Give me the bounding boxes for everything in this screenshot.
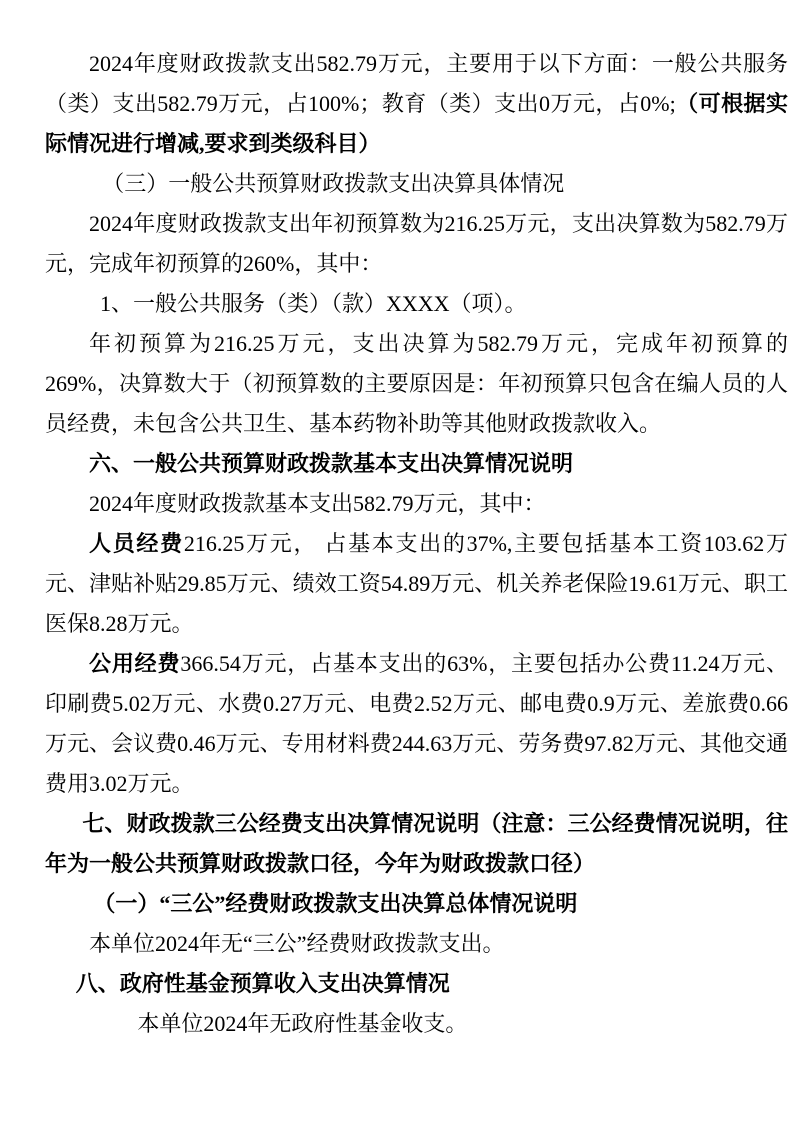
heading-section-seven-sub-one: （一）“三公”经费财政拨款支出决算总体情况说明 — [45, 884, 788, 924]
text-run: 人员经费 — [89, 531, 184, 556]
para-fiscal-expenditure-overview: 2024年度财政拨款支出582.79万元，主要用于以下方面：一般公共服务（类）支… — [45, 44, 788, 164]
text-run: （一）“三公”经费财政拨款支出决算总体情况说明 — [93, 891, 577, 916]
document-page: 2024年度财政拨款支出582.79万元，主要用于以下方面：一般公共服务（类）支… — [0, 0, 793, 1122]
text-run: 1、一般公共服务（类）（款）XXXX（项）。 — [100, 291, 527, 316]
text-run: 公用经费 — [89, 651, 180, 676]
text-run: 2024年度财政拨款支出年初预算数为216.25万元，支出决算数为582.79万… — [45, 211, 788, 276]
text-run: 六、一般公共预算财政拨款基本支出决算情况说明 — [89, 451, 573, 476]
text-run: （三）一般公共预算财政拨款支出决算具体情况 — [102, 171, 564, 196]
para-item-1-title: 1、一般公共服务（类）（款）XXXX（项）。 — [45, 284, 788, 324]
para-item-1-detail: 年初预算为216.25万元，支出决算为582.79万元，完成年初预算的269%，… — [45, 324, 788, 444]
heading-section-eight: 八、政府性基金预算收入支出决算情况 — [45, 964, 788, 1004]
text-run: 八、政府性基金预算收入支出决算情况 — [76, 971, 450, 996]
text-run: 2024年度财政拨款基本支出582.79万元，其中： — [89, 491, 546, 516]
text-run: 年初预算为216.25万元，支出决算为582.79万元，完成年初预算的269%，… — [45, 331, 788, 436]
text-run: 七、财政拨款三公经费支出决算情况说明（注意：三公经费情况说明，往年为一般公共预算… — [45, 811, 788, 876]
para-basic-expenditure: 2024年度财政拨款基本支出582.79万元，其中： — [45, 484, 788, 524]
para-no-three-public-expense: 本单位2024年无“三公”经费财政拨款支出。 — [45, 924, 788, 964]
para-budget-vs-final: 2024年度财政拨款支出年初预算数为216.25万元，支出决算数为582.79万… — [45, 204, 788, 284]
text-run: 本单位2024年无政府性基金收支。 — [137, 1011, 467, 1036]
heading-section-six: 六、一般公共预算财政拨款基本支出决算情况说明 — [45, 444, 788, 484]
para-public-funds: 公用经费366.54万元，占基本支出的63%，主要包括办公费11.24万元、印刷… — [45, 644, 788, 804]
para-personnel-funds: 人员经费216.25万元， 占基本支出的37%,主要包括基本工资103.62万元… — [45, 524, 788, 644]
text-run: 本单位2024年无“三公”经费财政拨款支出。 — [89, 931, 505, 956]
heading-section-three: （三）一般公共预算财政拨款支出决算具体情况 — [45, 164, 788, 204]
heading-section-seven: 七、财政拨款三公经费支出决算情况说明（注意：三公经费情况说明，往年为一般公共预算… — [45, 804, 788, 884]
document-body: 2024年度财政拨款支出582.79万元，主要用于以下方面：一般公共服务（类）支… — [0, 0, 793, 1044]
para-no-gov-fund: 本单位2024年无政府性基金收支。 — [45, 1004, 788, 1044]
